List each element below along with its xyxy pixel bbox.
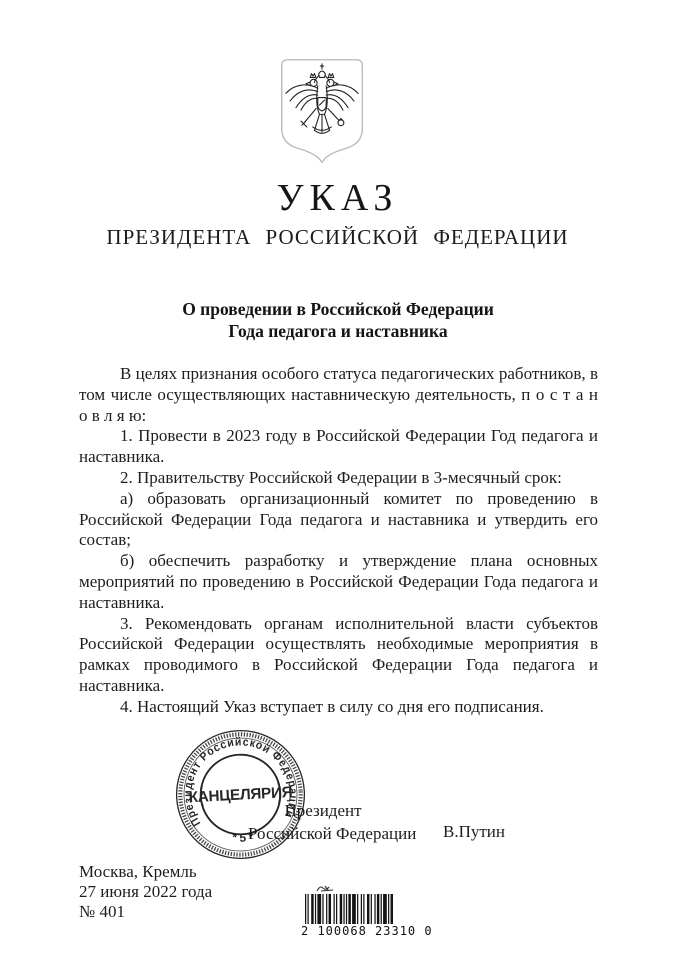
decree-page: УКАЗ ПРЕЗИДЕНТА РОССИЙСКОЙ ФЕДЕРАЦИИ О п…	[0, 0, 675, 964]
paragraph-item-1: 1. Провести в 2023 году в Российской Фед…	[79, 426, 598, 468]
document-subject-line2: Года педагога и наставника	[79, 320, 597, 342]
print-mark-icon	[315, 884, 337, 893]
paragraph-item-2: 2. Правительству Российской Федерации в …	[79, 468, 598, 489]
paragraph-preamble: В целях признания особого статуса педаго…	[79, 364, 598, 426]
chancellery-stamp: Президент Российской Федерации * 5 * КАН…	[169, 723, 313, 867]
paragraph-item-4: 4. Настоящий Указ вступает в силу со дня…	[79, 697, 598, 718]
stamp-bottom-text: * 5 *	[230, 829, 255, 845]
stamp-center-text: КАНЦЕЛЯРИЯ	[188, 784, 292, 806]
registration-barcode: 2 100068 23310 0	[301, 884, 397, 938]
barcode-digits: 2 100068 23310 0	[301, 924, 397, 938]
paragraph-item-2b: б) обеспечить разработку и утверждение п…	[79, 551, 598, 613]
decree-body: В целях признания особого статуса педаго…	[79, 364, 598, 718]
document-subject-title: О проведении в Российской Федерации Года…	[79, 298, 597, 342]
issue-details: Москва, Кремль 27 июня 2022 года № 401	[79, 862, 212, 922]
decree-subtitle: ПРЕЗИДЕНТА РОССИЙСКОЙ ФЕДЕРАЦИИ	[0, 225, 675, 250]
decree-title: УКАЗ	[0, 176, 675, 220]
document-subject-line1: О проведении в Российской Федерации	[79, 298, 597, 320]
paragraph-item-2a: а) образовать организационный комитет по…	[79, 489, 598, 551]
issue-number: № 401	[79, 902, 212, 922]
barcode-bars	[305, 894, 393, 924]
paragraph-item-3: 3. Рекомендовать органам исполнительной …	[79, 614, 598, 697]
svg-text:* 5 *: * 5 *	[230, 829, 255, 845]
signature-name: В.Путин	[443, 822, 505, 842]
issue-date: 27 июня 2022 года	[79, 882, 212, 902]
russian-coat-of-arms-icon	[280, 58, 364, 164]
